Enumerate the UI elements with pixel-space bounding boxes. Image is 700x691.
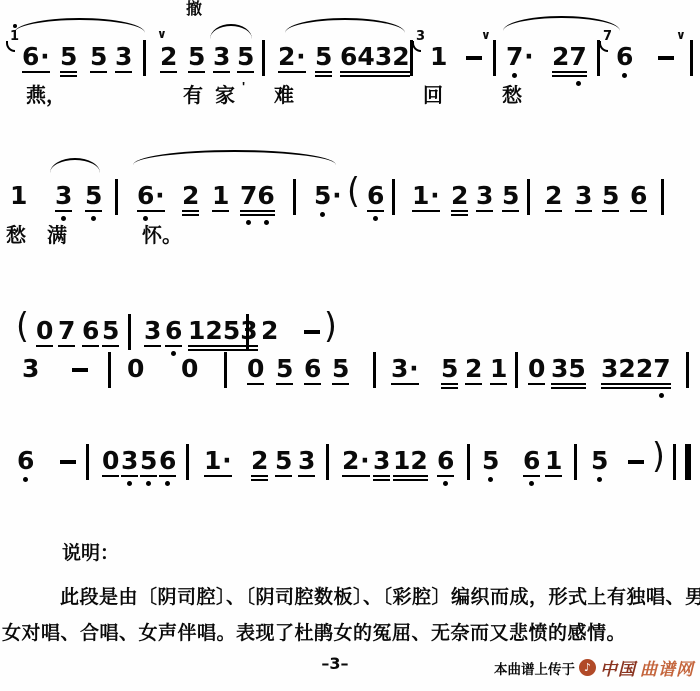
note: 6 bbox=[159, 448, 176, 477]
notes-paragraph-line-2: 女对唱、合唱、女声伴唱。表现了杜鹃女的冤屈、无奈而又悲愤的感情。 bbox=[2, 618, 626, 645]
octave-dot-low bbox=[443, 481, 448, 486]
octave-dot-low bbox=[165, 481, 170, 486]
barline bbox=[574, 444, 577, 480]
note: 6 bbox=[17, 448, 34, 475]
note: 5 bbox=[591, 448, 608, 475]
octave-dot-low bbox=[488, 477, 493, 482]
upload-text: 本曲谱上传于 bbox=[494, 658, 575, 678]
notes-paragraph-line-1: 此段是由〔阴司腔〕、〔阴司腔数板〕、〔彩腔〕编织而成，形式上有独唱、男 bbox=[60, 582, 700, 609]
site-logo-icon: ♪ bbox=[579, 659, 596, 676]
dash-extension bbox=[628, 460, 644, 464]
parenthesis: ) bbox=[652, 438, 665, 473]
note: 6 bbox=[523, 448, 540, 477]
octave-dot-low bbox=[529, 481, 534, 486]
barline bbox=[86, 444, 89, 480]
note: 2 bbox=[251, 448, 268, 477]
note: 1 bbox=[545, 448, 562, 477]
page-number: –3– bbox=[300, 654, 370, 673]
note: 5 bbox=[275, 448, 292, 477]
site-name-light: 曲谱网 bbox=[640, 655, 694, 680]
note: 12 bbox=[393, 448, 428, 477]
note: 6 bbox=[437, 448, 454, 477]
barline bbox=[326, 444, 329, 480]
octave-dot-low bbox=[597, 477, 602, 482]
note: 3 bbox=[373, 448, 390, 477]
note: 2· bbox=[342, 448, 370, 477]
note: 3 bbox=[121, 448, 138, 477]
note: 1· bbox=[204, 448, 232, 477]
note: 3 bbox=[298, 448, 315, 477]
final-barline bbox=[673, 444, 691, 480]
site-name-dark: 中国 bbox=[600, 655, 636, 680]
barline bbox=[186, 444, 189, 480]
note: 5 bbox=[482, 448, 499, 475]
note: 0 bbox=[102, 448, 119, 477]
octave-dot-low bbox=[23, 477, 28, 482]
octave-dot-low bbox=[127, 481, 132, 486]
notes-heading: 说明： bbox=[62, 538, 119, 565]
barline bbox=[467, 444, 470, 480]
note: 5 bbox=[140, 448, 157, 477]
score-page: 16·553∨25352·5643231∨7·2776∨撤燕，有家'难回愁135… bbox=[0, 0, 700, 691]
footer-watermark: 本曲谱上传于 ♪ 中国 曲谱网 bbox=[494, 655, 694, 680]
octave-dot-low bbox=[146, 481, 151, 486]
dash-extension bbox=[60, 460, 76, 464]
